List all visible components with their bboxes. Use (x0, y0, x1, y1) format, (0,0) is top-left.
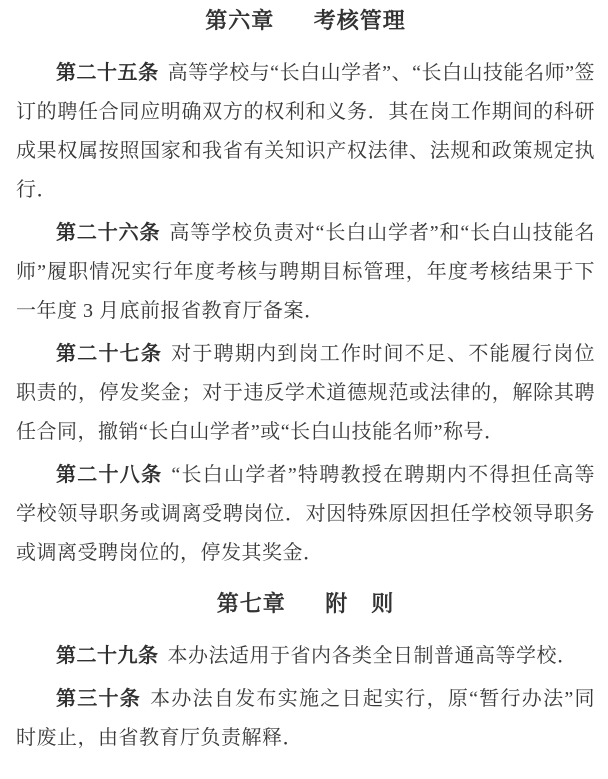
article-29-text: 本办法适用于省内各类全日制普通高等学校． (168, 645, 578, 667)
article-27: 第二十七条对于聘期内到岗工作时间不足、不能履行岗位职责的，停发奖金；对于违反学术… (16, 335, 595, 452)
article-29-label: 第二十九条 (56, 645, 159, 667)
chapter-6-number: 第六章 (205, 8, 274, 33)
article-28: 第二十八条“长白山学者”特聘教授在聘期内不得担任高等学校领导职务或调离受聘岗位．… (16, 456, 595, 573)
document-page: 第六章考核管理 第二十五条高等学校与“长白山学者”、“长白山技能名师”签订的聘任… (0, 0, 608, 779)
article-25-label: 第二十五条 (56, 62, 159, 84)
chapter-7-number: 第七章 (217, 591, 286, 616)
article-26: 第二十六条高等学校负责对“长白山学者”和“长白山技能名师”履职情况实行年度考核与… (16, 214, 595, 331)
article-28-label: 第二十八条 (56, 464, 162, 486)
article-29: 第二十九条本办法适用于省内各类全日制普通高等学校． (16, 637, 595, 676)
chapter-6-title: 考核管理 (314, 8, 406, 33)
article-30-label: 第三十条 (56, 688, 141, 710)
chapter-7-title: 附 则 (325, 591, 394, 616)
chapter-6-heading: 第六章考核管理 (16, 6, 595, 36)
article-26-label: 第二十六条 (56, 222, 160, 244)
article-27-label: 第二十七条 (56, 343, 162, 365)
chapter-7-heading: 第七章附 则 (16, 589, 595, 619)
article-25: 第二十五条高等学校与“长白山学者”、“长白山技能名师”签订的聘任合同应明确双方的… (16, 54, 595, 210)
article-30: 第三十条本办法自发布实施之日起实行，原“暂行办法”同时废止，由省教育厅负责解释． (16, 680, 595, 758)
